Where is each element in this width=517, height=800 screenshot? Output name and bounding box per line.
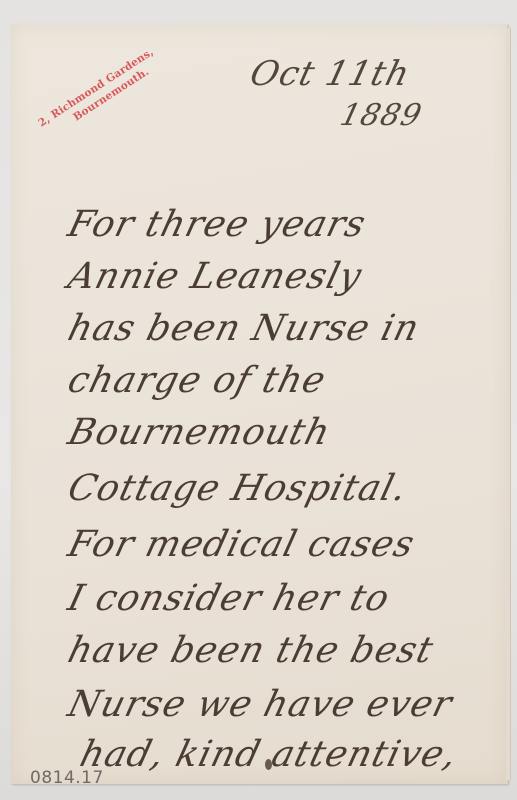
- body-line-5: Bournemouth: [64, 412, 335, 453]
- body-line-1: For three years: [64, 204, 370, 245]
- body-line-3: has been Nurse in: [64, 308, 424, 349]
- body-line-6: Cottage Hospital.: [64, 468, 412, 509]
- body-line-7: For medical cases: [64, 524, 419, 565]
- body-line-8: I consider her to: [64, 578, 394, 619]
- body-line-2: Annie Leanesly: [64, 256, 366, 297]
- letterhead-address: 2, Richmond Gardens, Bournemouth.: [36, 45, 164, 142]
- body-line-4: charge of the: [64, 360, 330, 401]
- paper-edge: [506, 28, 511, 780]
- letterhead-line-1: 2, Richmond Gardens,: [36, 45, 157, 130]
- date-day: Oct 11th: [246, 54, 414, 94]
- body-line-9: have been the best: [64, 630, 438, 671]
- catalog-number: 0814.17: [30, 768, 104, 788]
- body-line-10: Nurse we have ever: [64, 684, 457, 725]
- ink-blot: [265, 759, 272, 770]
- date-year: 1889: [337, 98, 426, 133]
- letter-sheet: 2, Richmond Gardens, Bournemouth. Oct 11…: [11, 24, 508, 784]
